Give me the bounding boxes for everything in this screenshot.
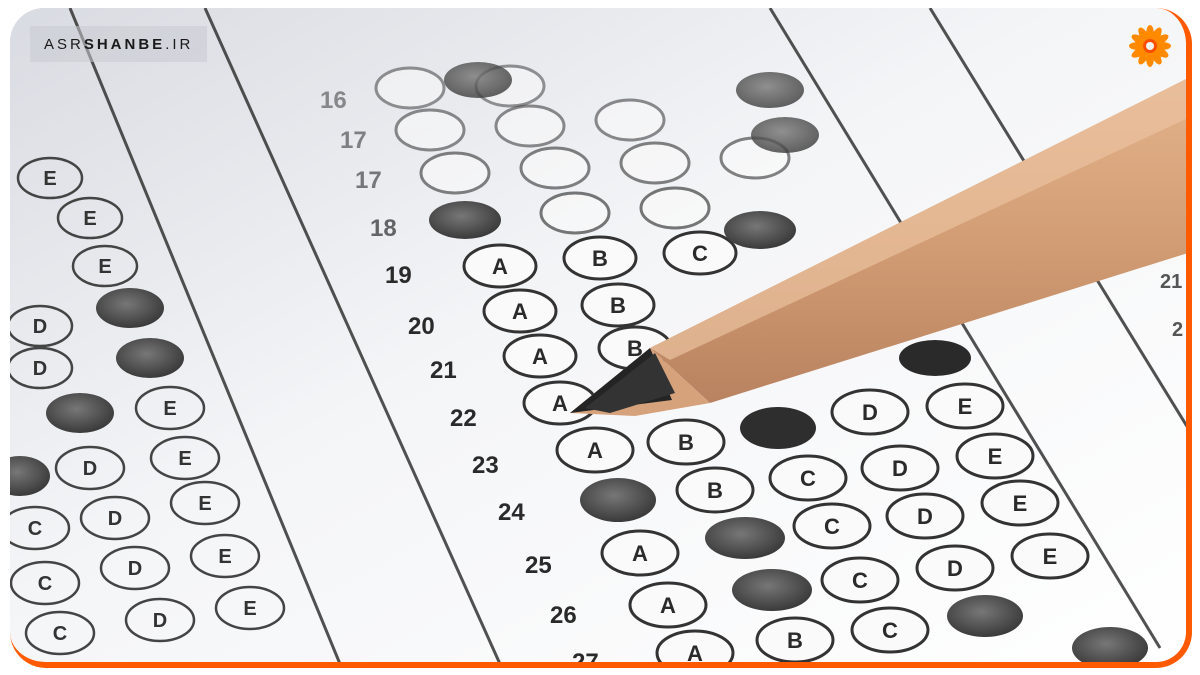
svg-text:E: E	[163, 398, 176, 420]
svg-text:A: A	[632, 541, 648, 566]
svg-text:C: C	[824, 514, 840, 539]
svg-text:C: C	[28, 518, 42, 540]
svg-text:23: 23	[472, 452, 499, 479]
svg-text:C: C	[882, 618, 898, 643]
svg-text:D: D	[108, 508, 122, 530]
orange-flower-logo-icon	[1128, 24, 1172, 68]
svg-text:B: B	[592, 246, 608, 271]
watermark-brand: SHANBE	[84, 36, 165, 53]
watermark-suffix: .IR	[165, 36, 193, 53]
svg-text:25: 25	[525, 552, 552, 579]
svg-text:16: 16	[320, 87, 347, 114]
svg-text:19: 19	[385, 262, 412, 289]
svg-text:D: D	[128, 558, 142, 580]
svg-text:A: A	[512, 299, 528, 324]
svg-text:E: E	[98, 256, 111, 278]
svg-text:E: E	[958, 394, 973, 419]
svg-text:E: E	[218, 546, 231, 568]
svg-text:20: 20	[408, 313, 435, 340]
svg-text:E: E	[83, 208, 96, 230]
svg-text:E: E	[1043, 544, 1058, 569]
svg-text:E: E	[1013, 491, 1028, 516]
svg-text:E: E	[198, 493, 211, 515]
svg-text:2: 2	[1172, 319, 1183, 341]
svg-text:B: B	[787, 628, 803, 653]
svg-text:24: 24	[498, 499, 525, 526]
svg-text:A: A	[532, 344, 548, 369]
svg-text:D: D	[83, 458, 97, 480]
svg-text:D: D	[892, 456, 908, 481]
svg-text:B: B	[610, 293, 626, 318]
svg-text:26: 26	[550, 602, 577, 629]
watermark-prefix: ASR	[44, 36, 84, 53]
photo-frame: EEE DD EDE DEC DEC DEC 16 17 17 18 19 20…	[10, 8, 1188, 664]
svg-text:A: A	[660, 593, 676, 618]
svg-text:C: C	[692, 241, 708, 266]
svg-text:21: 21	[1160, 271, 1182, 293]
svg-text:D: D	[947, 556, 963, 581]
svg-text:18: 18	[370, 215, 397, 242]
svg-text:C: C	[38, 573, 52, 595]
svg-text:D: D	[33, 358, 47, 380]
svg-text:E: E	[43, 168, 56, 190]
svg-text:A: A	[687, 641, 703, 664]
svg-text:22: 22	[450, 405, 477, 432]
svg-text:B: B	[678, 430, 694, 455]
svg-text:B: B	[707, 478, 723, 503]
svg-text:E: E	[988, 444, 1003, 469]
svg-text:E: E	[178, 448, 191, 470]
svg-text:D: D	[153, 610, 167, 632]
svg-text:A: A	[587, 438, 603, 463]
svg-text:A: A	[552, 391, 568, 416]
svg-text:D: D	[862, 400, 878, 425]
site-watermark: ASRSHANBE.IR	[30, 26, 207, 62]
svg-text:C: C	[800, 466, 816, 491]
svg-text:C: C	[53, 623, 67, 645]
svg-text:17: 17	[355, 167, 382, 194]
svg-text:21: 21	[430, 357, 457, 384]
svg-text:27: 27	[572, 649, 599, 664]
svg-text:E: E	[243, 598, 256, 620]
answer-sheet-photo: EEE DD EDE DEC DEC DEC 16 17 17 18 19 20…	[10, 8, 1188, 664]
svg-text:C: C	[852, 568, 868, 593]
svg-text:17: 17	[340, 127, 367, 154]
svg-text:D: D	[33, 316, 47, 338]
svg-text:A: A	[492, 254, 508, 279]
svg-text:D: D	[917, 504, 933, 529]
